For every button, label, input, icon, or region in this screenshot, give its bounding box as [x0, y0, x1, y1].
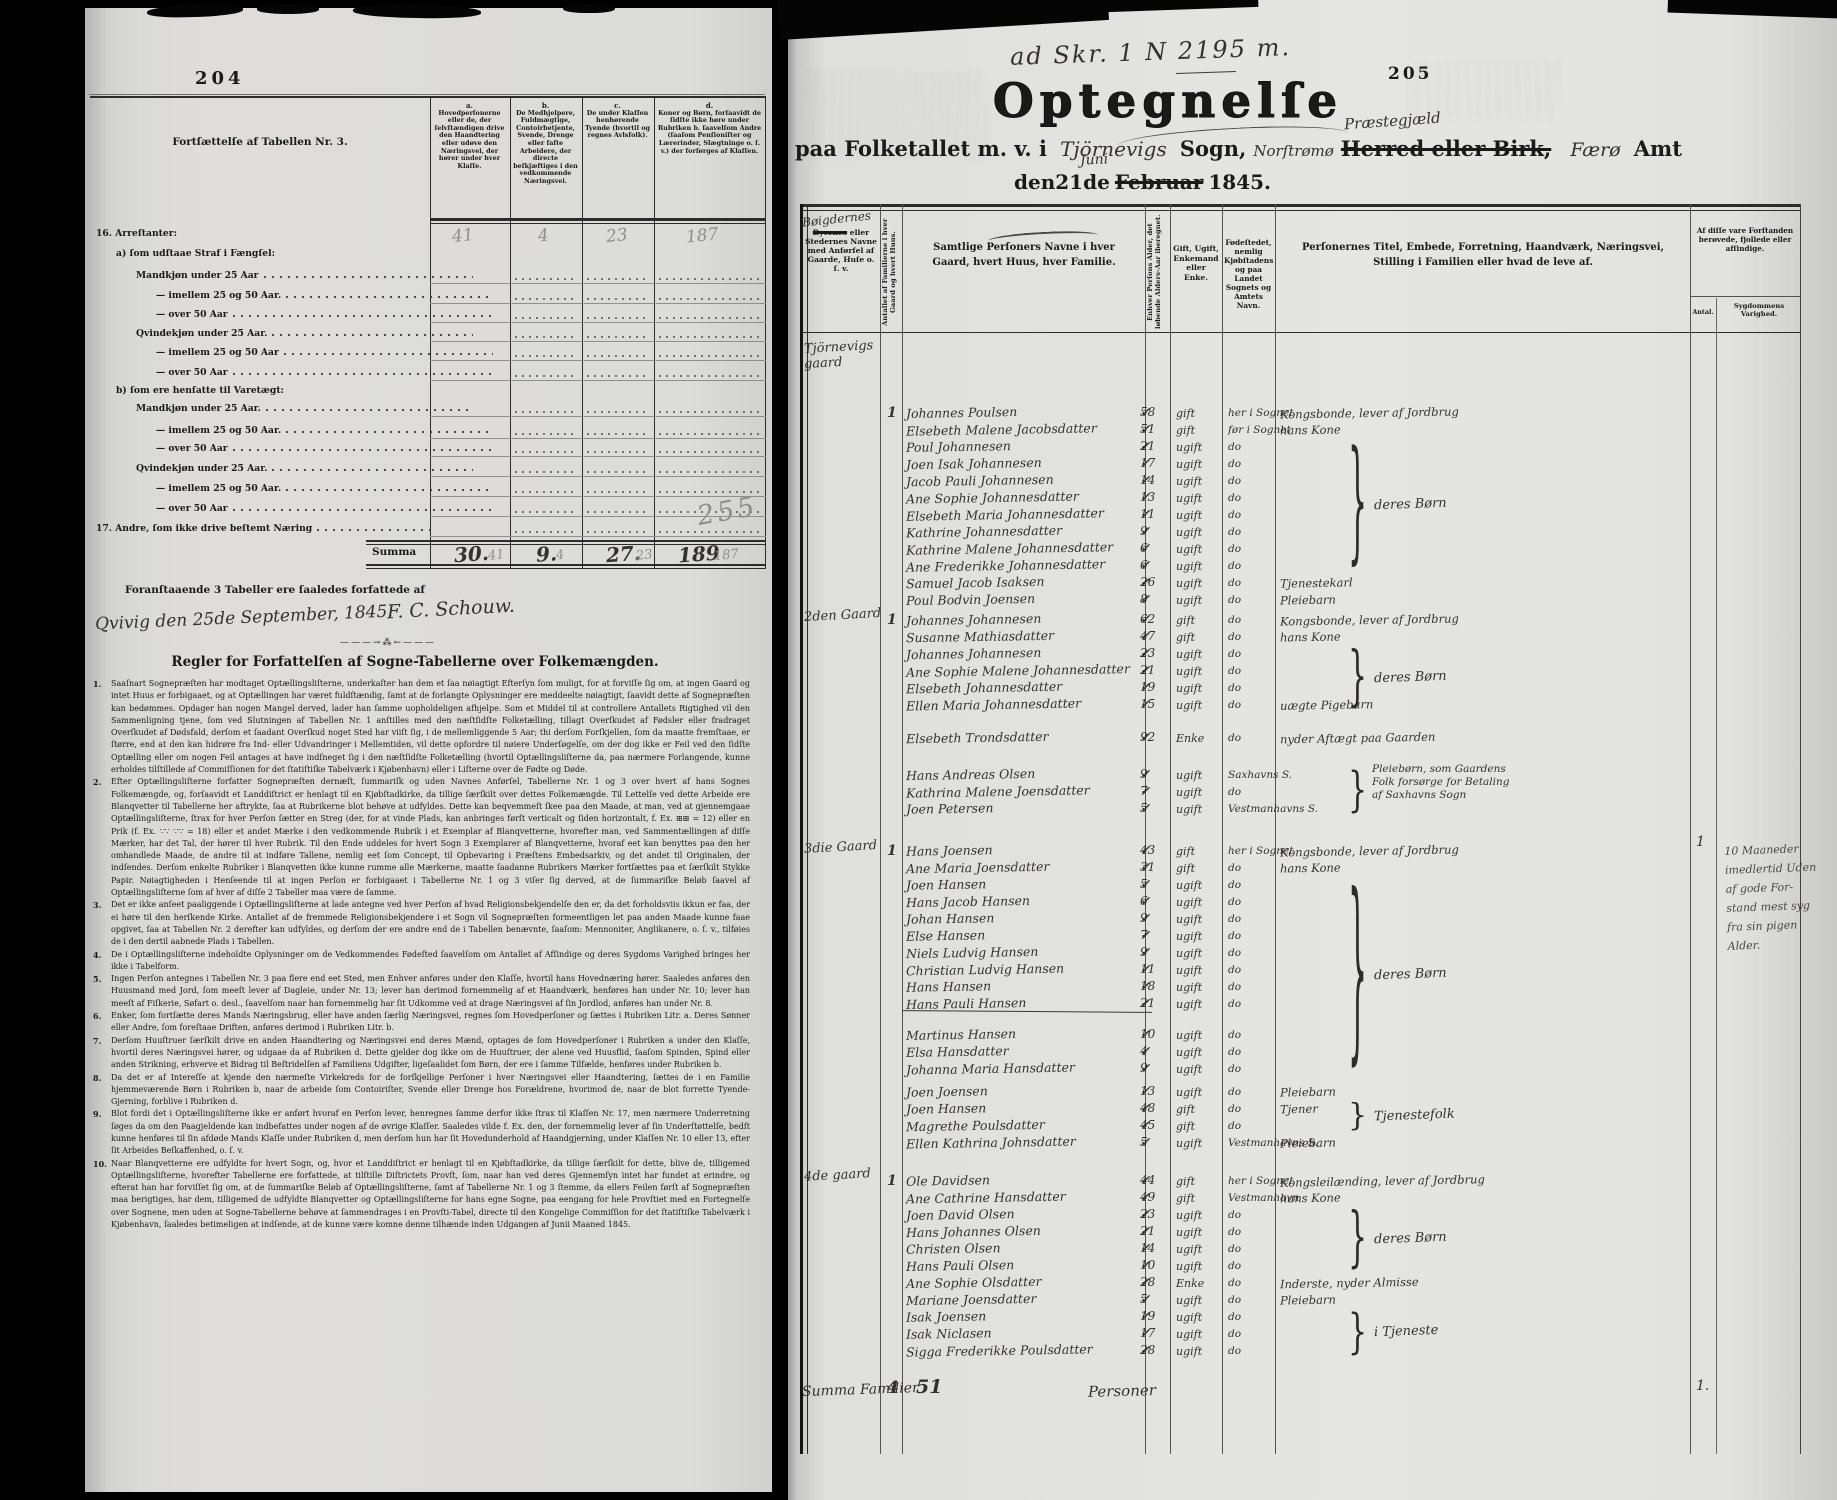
person-name: Ane Sophie Malene Johannesdatter: [906, 661, 1130, 680]
person-status: gift: [1176, 1192, 1195, 1205]
census-summa-count: 51: [916, 1376, 942, 1398]
census-row: Hans Pauli Olsen✓10ugiftdo: [788, 1258, 1798, 1275]
enumerator-tick: ✓: [1140, 405, 1150, 419]
census-row: Isak Joensen✓19ugiftdo: [788, 1309, 1798, 1326]
person-occupation: hans Kone: [1280, 629, 1341, 644]
person-name: Joen Hansen: [906, 876, 986, 892]
person-age: ✓28: [1140, 1343, 1155, 1357]
census-row: Elsebeth Trondsdatter✓92Enkedonyder Aftæ…: [788, 730, 1798, 747]
dotted-leader: [285, 290, 493, 300]
enumerator-tick: ✓: [1140, 422, 1150, 436]
summa-pencil-value: 41: [487, 547, 505, 564]
scan-shadow-wedge: [1668, 0, 1837, 19]
census-row: Ane Sophie Malene Johannesdatter✓21ugift…: [788, 663, 1798, 680]
person-status: ugift: [1176, 1209, 1202, 1222]
census-row: Susanne Mathiasdatter✓47giftdohans Kone: [788, 629, 1798, 646]
census-row: Hans Joensen✓43gifther i SognetKongsbond…: [788, 843, 1798, 860]
person-birthplace: do: [1228, 594, 1241, 606]
census-summa-antal: 1.: [1696, 1378, 1709, 1394]
table-row: — imellem 25 og 50 Aar.: [90, 425, 496, 436]
cell-dots: [514, 274, 578, 282]
rule-number: 7.: [93, 1035, 101, 1047]
census-row: Joen Hansen✓5ugiftdo: [788, 877, 1798, 894]
col-status-header: Gift, Ugift, Enkemand eller Enke.: [1173, 244, 1219, 282]
column-header-b: b.De Medhjelpere, Fuldmægtige, Contoirbe…: [512, 102, 579, 186]
person-status: ugift: [1176, 981, 1202, 994]
row-label: — imellem 25 og 50 Aar.: [156, 483, 281, 494]
person-age: ✓9: [1140, 1061, 1148, 1075]
cell-dots: [658, 371, 762, 379]
person-birthplace: do: [1228, 1103, 1241, 1115]
torn-edge-blob: [147, 3, 243, 18]
farm-place-label: gaard: [804, 355, 843, 372]
person-age: ✓5: [1140, 1292, 1148, 1306]
census-row: Christian Ludvig Hansen✓11ugiftdo: [788, 962, 1798, 979]
enumerator-tick: ✓: [1140, 507, 1150, 521]
person-status: ugift: [1176, 1311, 1202, 1324]
row-hairline: [430, 283, 766, 284]
person-name: Else Hansen: [906, 927, 985, 943]
person-age: ✓48: [1140, 1101, 1155, 1115]
enumerator-tick: ✓: [1140, 646, 1150, 660]
col-occupation-header: Perſonernes Titel, Embede, Forretning, H…: [1288, 240, 1678, 270]
cell-dots: [514, 527, 578, 535]
person-age: ✓31: [1140, 860, 1155, 874]
cell-dots: [658, 447, 762, 455]
person-name: Christen Olsen: [906, 1240, 1001, 1257]
cell-dots: [514, 332, 578, 340]
column-header-d: d.Koner og Børn, forſaavidt de ſidſte ik…: [656, 102, 763, 155]
row-hairline: [430, 456, 766, 457]
census-row: Ane Sophie Johannesdatter✓13ugiftdo: [788, 490, 1798, 507]
torn-edge-blob: [563, 4, 615, 13]
person-occupation: hans Kone: [1280, 860, 1341, 875]
person-name: Poul Bodvin Joensen: [906, 591, 1035, 608]
person-status: gift: [1176, 845, 1195, 858]
enumerator-tick: ✓: [1140, 697, 1150, 711]
person-name: Kathrina Malene Joensdatter: [906, 782, 1090, 800]
person-status: ugift: [1176, 1063, 1202, 1076]
person-name: Magrethe Poulsdatter: [906, 1117, 1045, 1134]
page-number-right: 205: [1388, 64, 1433, 84]
cell-dots: [658, 332, 762, 340]
person-occupation: Pleiebarn: [1280, 1136, 1336, 1151]
row-hairline: [430, 360, 766, 361]
row-hairline: [430, 416, 766, 417]
row-label: Mandkjøn under 25 Aar: [136, 270, 259, 281]
rule-text: De i Optællingsliſterne indeholdte Oplys…: [111, 950, 750, 971]
person-occupation: Kongsbonde, lever af Jordbrug: [1280, 842, 1459, 859]
enumerator-tick: ✓: [1140, 1309, 1150, 1323]
dotted-leader: [232, 309, 493, 319]
cell-dots: [586, 487, 650, 495]
census-row: Hans Andreas Olsen✓9ugiftSaxhavns S.: [788, 767, 1798, 784]
census-row: Joen Isak Johannesen✓17ugiftdo: [788, 456, 1798, 473]
person-age: ✓28: [1140, 1275, 1155, 1289]
row-label: — over 50 Aar: [156, 443, 228, 454]
table-row: 16. Arreſtanter:: [90, 228, 436, 239]
summa-pencil-value: 23: [635, 547, 653, 564]
grouping-brace: }: [1348, 1207, 1367, 1272]
person-status: ugift: [1176, 930, 1202, 943]
row-label: — imellem 25 og 50 Aar: [156, 347, 279, 358]
enumerator-tick: ✓: [1140, 1135, 1150, 1149]
person-name: Jacob Pauli Johannesen: [906, 472, 1054, 490]
person-birthplace: do: [1228, 998, 1241, 1010]
person-age: ✓23: [1140, 1207, 1155, 1221]
person-age: ✓19: [1140, 680, 1155, 694]
column-header-text: Koner og Børn, forſaavidt de ſidſte ikke…: [656, 110, 763, 156]
person-age: ✓7: [1140, 928, 1148, 942]
person-status: ugift: [1176, 458, 1202, 471]
row-hairline: [430, 380, 766, 381]
rule-number: 3.: [93, 899, 101, 911]
enumerator-tick: ✓: [1140, 860, 1150, 874]
person-birthplace: do: [1228, 1243, 1241, 1255]
cell-dots: [586, 313, 650, 321]
person-age: ✓21: [1140, 663, 1155, 677]
person-age: ✓10: [1140, 1258, 1155, 1272]
person-name: Samuel Jacob Isaksen: [906, 574, 1045, 591]
rule-number: 9.: [93, 1108, 101, 1120]
rule-text: Naar Blanqvetterne ere udfyldte for hver…: [111, 1159, 750, 1229]
person-birthplace: do: [1228, 560, 1241, 572]
person-status: ugift: [1176, 1046, 1202, 1059]
cell-dots: [514, 371, 578, 379]
row-label: a) ſom udſtaae Straf i Fængſel:: [116, 248, 275, 259]
census-row: Johannes Johannesen✓23ugiftdo: [788, 646, 1798, 663]
census-row: Hans Hansen✓18ugiftdo: [788, 979, 1798, 996]
brace-label: deres Børn: [1374, 495, 1447, 513]
person-age: ✓13: [1140, 490, 1155, 504]
census-row: Ane Frederikke Johannesdatter✓6ugiftdo: [788, 558, 1798, 575]
census-row: Ellen Maria Johannesdatter✓15ugiftdouægt…: [788, 697, 1798, 714]
person-age: ✓62: [1140, 612, 1155, 626]
rule-text: Blot fordi det i Optællingsliſterne ikke…: [111, 1109, 750, 1155]
person-name: Isak Joensen: [906, 1308, 986, 1324]
person-age: ✓9: [1140, 767, 1148, 781]
person-birthplace: do: [1228, 981, 1241, 993]
person-birthplace: do: [1228, 1120, 1241, 1132]
table-row: Qvindekjøn under 25 Aar.: [90, 463, 476, 474]
person-name: Isak Niclasen: [906, 1325, 992, 1341]
rule-item: 3.Det er ikke anſeet paaliggende i Optæl…: [95, 899, 750, 948]
row-hairline: [430, 438, 766, 439]
cell-dots: [658, 429, 762, 437]
person-status: ugift: [1176, 896, 1202, 909]
col-born-header: Fødeſtedet, nemlig Kjøbſtadens og paa La…: [1224, 238, 1273, 310]
census-row: Joen Joensen✓13ugiftdoPleiebarn: [788, 1084, 1798, 1101]
person-name: Hans Jacob Hansen: [906, 893, 1030, 910]
enumerator-tick: ✓: [1140, 767, 1150, 781]
census-row: Elsa Hansdatter✓4ugiftdo: [788, 1044, 1798, 1061]
census-row: Elsebeth Maria Johannesdatter✓11ugiftdo: [788, 507, 1798, 524]
right-page-scan: ad Skr. 1 N 2195 m. 205 Optegnelſe paa F…: [788, 0, 1837, 1500]
person-name: Ane Maria Joensdatter: [906, 859, 1050, 877]
person-name: Ellen Maria Johannesdatter: [906, 695, 1081, 713]
row-hairline: [430, 476, 766, 477]
margin-note-line: Alder.: [1727, 933, 1834, 956]
person-birthplace: do: [1228, 1086, 1241, 1098]
rule-number: 10.: [93, 1158, 107, 1170]
row-label: — imellem 25 og 50 Aar.: [156, 425, 281, 436]
row-label: Qvindekjøn under 25 Aar.: [136, 328, 267, 339]
person-birthplace: do: [1228, 947, 1241, 959]
person-name: Joen David Olsen: [906, 1206, 1015, 1223]
scan-shadow-wedge: [777, 0, 1109, 40]
cell-dots: [514, 467, 578, 475]
census-row: Kathrine Malene Johannesdatter✓6ugiftdo: [788, 541, 1798, 558]
person-age: ✓10: [1140, 1027, 1155, 1041]
rule-item: 9.Blot fordi det i Optællingsliſterne ik…: [95, 1108, 750, 1157]
person-name: Hans Johannes Olsen: [906, 1223, 1041, 1240]
table-row: — over 50 Aar: [90, 503, 496, 514]
census-row: Joen Petersen✓5ugiftVestmanhavns S.: [788, 801, 1798, 818]
census-row: Mariane Joensdatter✓5ugiftdoPleiebarn: [788, 1292, 1798, 1309]
rule-text: Ingen Perſon antegnes i Tabellen Nr. 3 p…: [111, 974, 750, 1008]
person-name: Elsa Hansdatter: [906, 1043, 1009, 1060]
person-name: Johan Hansen: [906, 910, 995, 927]
enumerator-tick: ✓: [1140, 1101, 1150, 1115]
person-name: Martinus Hansen: [906, 1026, 1016, 1043]
census-row: Johan Hansen✓9ugiftdo: [788, 911, 1798, 928]
person-birthplace: Vestmanhavns S.: [1228, 803, 1318, 815]
census-row: Ellen Kathrina Johnsdatter✓5ugiftVestman…: [788, 1135, 1798, 1152]
grouping-brace: }: [1348, 1101, 1367, 1132]
amt-handwritten: Færø: [1570, 139, 1620, 161]
person-status: ugift: [1176, 543, 1202, 556]
margin-note-line: imedlertid Uden: [1725, 857, 1832, 880]
summa-ink-value: 30.: [453, 541, 489, 567]
person-name: Hans Andreas Olsen: [906, 766, 1035, 783]
attest-line: Foranſtaaende 3 Tabeller ere ſaaledes fo…: [125, 584, 425, 596]
person-status: ugift: [1176, 964, 1202, 977]
rule-number: 5.: [93, 973, 101, 985]
dotted-leader: [285, 425, 493, 435]
dotted-leader: [263, 270, 474, 280]
insanity-margin-note: 10 Maanederimedlertid Udenaf gode For-st…: [1724, 838, 1834, 956]
dotted-leader: [271, 328, 473, 338]
person-birthplace: do: [1228, 614, 1241, 626]
row-hairline: [430, 341, 766, 342]
person-birthplace: do: [1228, 896, 1241, 908]
person-status: ugift: [1176, 526, 1202, 539]
document-title: Optegnelſe: [958, 74, 1378, 129]
column-header-text: De under Klaſſen henhørende Tyende (hvor…: [584, 110, 651, 140]
census-row: Magrethe Poulsdatter✓45giftdo: [788, 1118, 1798, 1135]
person-birthplace: do: [1228, 699, 1241, 711]
enumerator-tick: ✓: [1140, 1343, 1150, 1357]
census-row: Ane Sophie Olsdatter✓28EnkedoInderste, n…: [788, 1275, 1798, 1292]
person-status: ugift: [1176, 947, 1202, 960]
enumerator-tick: ✓: [1140, 456, 1150, 470]
enumerator-tick: ✓: [1140, 877, 1150, 891]
struck-herred-label: Herred eller Birk,: [1341, 136, 1551, 161]
person-name: Ane Sophie Johannesdatter: [906, 488, 1079, 506]
person-occupation: Tjener: [1280, 1102, 1318, 1117]
summa-pencil-value: 187: [713, 547, 739, 565]
rule-text: Det er ikke anſeet paaliggende i Optælli…: [111, 900, 750, 946]
enumerator-tick: ✓: [1140, 1061, 1150, 1075]
cell-dots: [586, 407, 650, 415]
person-age: ✓43: [1140, 843, 1155, 857]
person-status: ugift: [1176, 1294, 1202, 1307]
enumerator-tick: ✓: [1140, 996, 1150, 1010]
cell-dots: [658, 313, 762, 321]
census-row: Johanna Maria Hansdatter✓9ugiftdo: [788, 1061, 1798, 1078]
rule-number: 2.: [93, 776, 101, 788]
person-status: ugift: [1176, 475, 1202, 488]
table-row: b) ſom ere henſatte til Varetægt:: [90, 385, 456, 396]
date-day: 21de: [1055, 170, 1110, 194]
rule-text: Saaſnart Sognepræſten har modtaget Optæl…: [111, 679, 750, 774]
pencil-value: 4: [537, 225, 550, 246]
person-occupation: hans Kone: [1280, 422, 1341, 437]
rule-number: 1.: [93, 678, 101, 690]
person-status: ugift: [1176, 1029, 1202, 1042]
summa-ink-value: 9.: [535, 541, 558, 566]
enumerator-tick: ✓: [1140, 945, 1150, 959]
cell-dots: [514, 507, 578, 515]
person-age: ✓18: [1140, 979, 1155, 993]
person-status: ugift: [1176, 699, 1202, 712]
grouping-brace: }: [1348, 646, 1367, 711]
struck-byernes: Byernes: [813, 228, 847, 237]
person-name: Kathrine Malene Johannesdatter: [906, 539, 1113, 558]
person-birthplace: do: [1228, 577, 1241, 589]
column-header-text: De Medhjelpere, Fuldmægtige, Contoirbetj…: [512, 110, 579, 186]
census-row: Kathrine Johannesdatter✓9ugiftdo: [788, 524, 1798, 541]
census-row: Joen David Olsen✓23ugiftdo: [788, 1207, 1798, 1224]
col-insane-header: Af diſſe vare Forſtanden berøvede, fjoll…: [1694, 226, 1796, 253]
col-place-header: Byernes eller Stedernes Navne med Anførſ…: [804, 228, 878, 273]
census-row: Else Hansen✓7ugiftdo: [788, 928, 1798, 945]
person-age: ✓13: [1140, 1084, 1155, 1098]
dotted-leader: [232, 503, 493, 513]
person-status: gift: [1176, 424, 1195, 437]
rule-text: Derſom Huuſtruer ſærſkilt drive en anden…: [111, 1036, 750, 1070]
person-age: ✓21: [1140, 439, 1155, 453]
person-name: Hans Hansen: [906, 978, 991, 994]
brace-note-line: Folk forsørge for Betaling: [1372, 776, 1510, 788]
brace-label: Tjenestefolk: [1374, 1106, 1455, 1124]
cell-dots: [658, 351, 762, 359]
rule-item: 5.Ingen Perſon antegnes i Tabellen Nr. 3…: [95, 973, 750, 1010]
subtitle-printed: paa Folketallet m. v. i: [795, 136, 1047, 161]
signature-name: F. C. Schouw.: [387, 595, 516, 624]
date-line: den21de Februar 1845.: [1014, 170, 1271, 194]
enumerator-tick: ✓: [1140, 962, 1150, 976]
person-birthplace: do: [1228, 1260, 1241, 1272]
person-age: ✓14: [1140, 473, 1155, 487]
person-status: ugift: [1176, 682, 1202, 695]
person-name: Christian Ludvig Hansen: [906, 961, 1064, 979]
person-name: Sigga Frederikke Poulsdatter: [906, 1341, 1093, 1359]
enumerator-tick: ✓: [1140, 1224, 1150, 1238]
pencil-value: 187: [685, 224, 719, 247]
dotted-leader: [271, 463, 473, 473]
person-status: gift: [1176, 1103, 1195, 1116]
rule-item: 10.Naar Blanqvetterne ere udfyldte for h…: [95, 1158, 750, 1232]
cell-dots: [514, 294, 578, 302]
margin-note-antal: 1: [1696, 834, 1705, 850]
row-label: — over 50 Aar: [156, 367, 228, 378]
grouping-brace: }: [1348, 767, 1367, 815]
person-birthplace: do: [1228, 1311, 1241, 1323]
rule-text: Da det er af Intereſſe at kjende den nær…: [111, 1073, 750, 1107]
cell-dots: [586, 351, 650, 359]
brace-label: deres Børn: [1374, 1229, 1447, 1247]
row-hairline: [430, 303, 766, 304]
dotted-leader: [285, 483, 493, 493]
person-age: ✓6: [1140, 558, 1148, 572]
person-status: ugift: [1176, 998, 1202, 1011]
person-occupation: Kongsbonde, lever af Jordbrug: [1280, 404, 1459, 421]
person-name: Johannes Johannesen: [906, 611, 1042, 628]
person-status: Enke: [1176, 1277, 1204, 1290]
person-status: ugift: [1176, 560, 1202, 573]
column-header-c: c.De under Klaſſen henhørende Tyende (hv…: [584, 102, 651, 140]
scanned-census-document: { "left_page": { "page_number": "204", "…: [0, 0, 1837, 1500]
person-status: ugift: [1176, 879, 1202, 892]
rules-list: 1.Saaſnart Sognepræſten har modtaget Opt…: [95, 678, 750, 1231]
census-row: Martinus Hansen✓10ugiftdo: [788, 1027, 1798, 1044]
person-birthplace: do: [1228, 441, 1241, 453]
person-age: ✓21: [1140, 1224, 1155, 1238]
person-status: Enke: [1176, 732, 1204, 745]
table-caption: Fortſættelſe af Tabellen Nr. 3.: [130, 136, 390, 148]
cell-dots: [586, 371, 650, 379]
person-birthplace: do: [1228, 964, 1241, 976]
cell-dots: [514, 351, 578, 359]
census-row: Isak Niclasen✓17ugiftdo: [788, 1326, 1798, 1343]
rule-number: 6.: [93, 1010, 101, 1022]
census-row: Elsebeth Malene Jacobsdatter✓51giftfør i…: [788, 422, 1798, 439]
person-birthplace: do: [1228, 1029, 1241, 1041]
census-row: Poul Bodvin Joensen✓8ugiftdoPleiebarn: [788, 592, 1798, 609]
row-label: Qvindekjøn under 25 Aar.: [136, 463, 267, 474]
person-occupation: hans Kone: [1280, 1190, 1341, 1205]
enumerator-tick: ✓: [1140, 541, 1150, 555]
statistics-table: Fortſættelſe af Tabellen Nr. 3. a.Hovedp…: [90, 96, 766, 572]
subcol-antal-header: Antal.: [1690, 308, 1716, 316]
person-birthplace: do: [1228, 665, 1241, 677]
person-occupation: Pleiebarn: [1280, 593, 1336, 608]
person-name: Elsebeth Trondsdatter: [906, 729, 1049, 746]
person-age: ✓14: [1140, 1241, 1155, 1255]
person-birthplace: do: [1228, 930, 1241, 942]
person-age: ✓9: [1140, 524, 1148, 538]
enumerator-tick: ✓: [1140, 629, 1150, 643]
person-name: Elsebeth Johannesdatter: [906, 679, 1062, 697]
rule-item: 4.De i Optællingsliſterne indeholdte Opl…: [95, 949, 750, 974]
enumerator-tick: ✓: [1140, 801, 1150, 815]
person-name: Joen Isak Johannesen: [906, 455, 1042, 472]
person-age: ✓6: [1140, 894, 1148, 908]
person-name: Johanna Maria Hansdatter: [906, 1060, 1075, 1078]
person-name: Ane Cathrine Hansdatter: [906, 1189, 1066, 1207]
enumerator-tick: ✓: [1140, 894, 1150, 908]
person-age: ✓21: [1140, 996, 1155, 1010]
person-birthplace: do: [1228, 526, 1241, 538]
row-label: — over 50 Aar: [156, 309, 228, 320]
person-status: ugift: [1176, 665, 1202, 678]
person-birthplace: do: [1228, 631, 1241, 643]
person-name: Joen Petersen: [906, 800, 994, 817]
torn-edge-blob: [257, 4, 319, 14]
person-status: ugift: [1176, 1345, 1202, 1358]
cell-dots: [514, 407, 578, 415]
